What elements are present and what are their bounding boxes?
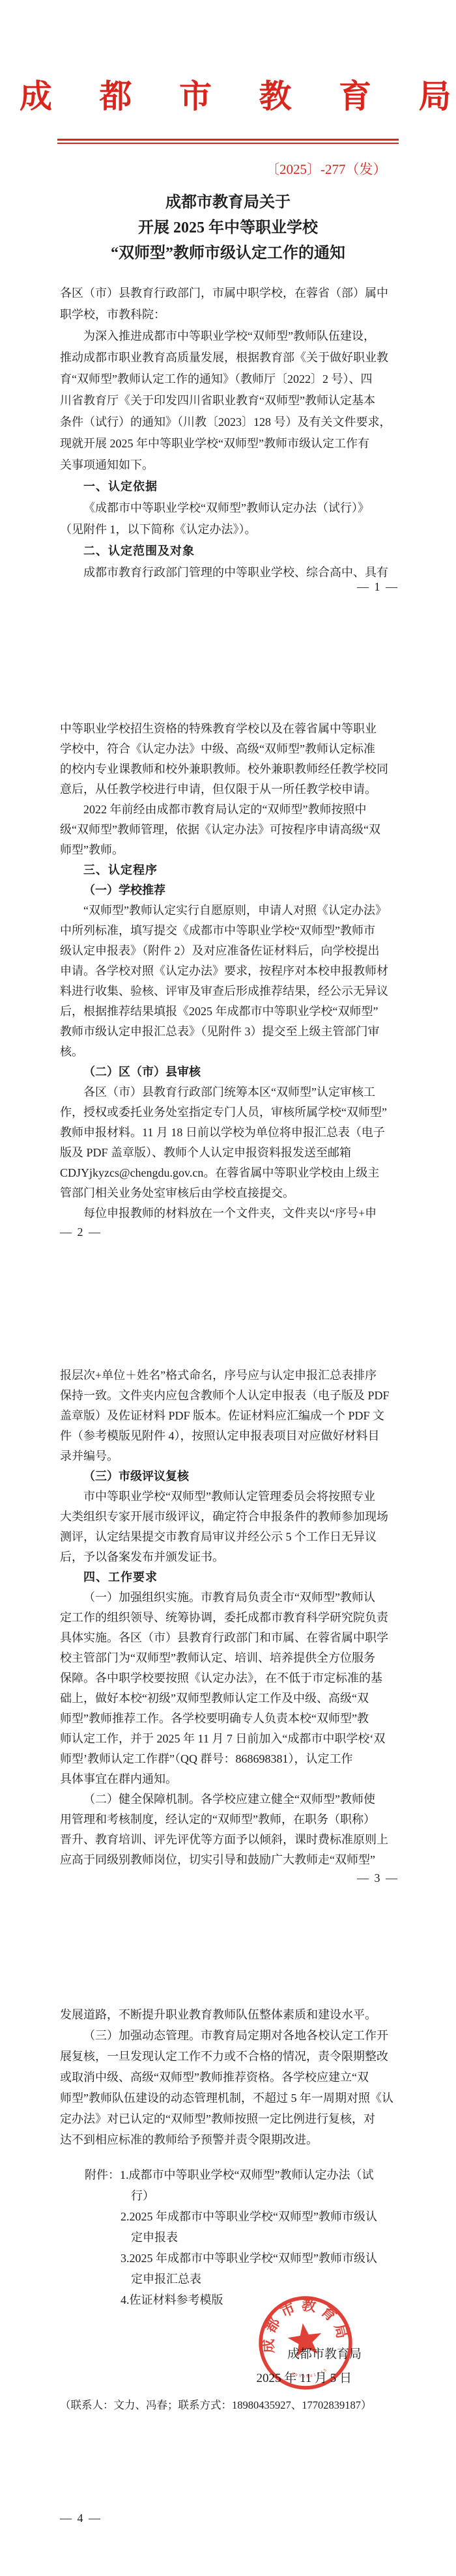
text-line: 2022 年前经由成都市教育局认定的“双师型”教师按照中 bbox=[60, 800, 399, 820]
text-line: 定申报表 bbox=[60, 2227, 399, 2248]
title-line-2: 开展 2025 年中等职业学校 bbox=[0, 216, 456, 241]
seal-star bbox=[286, 2321, 324, 2357]
text-line: 或取消中级、高级“双师型”教师推荐资格。各学校应建立“双 bbox=[60, 2067, 399, 2088]
section-heading: 四、工作要求 bbox=[60, 1567, 399, 1588]
text-line: （二）健全保障机制。各学校应建立健全“双师型”教师使 bbox=[60, 1789, 399, 1810]
text-line: 管部门相关业务处室审核后由学校直接提交。 bbox=[60, 1183, 399, 1203]
text-line: 料进行收集、验核、评审及审查后形成推荐结果，经公示无异议 bbox=[60, 981, 399, 1001]
text-line: 关事项通知如下。 bbox=[60, 455, 399, 476]
text-line: 后，根据推荐结果填报《2025 年成都市中等职业学校“双师型” bbox=[60, 1001, 399, 1022]
text-line: 具体实施。各区（市）县教育行政部门和市属、在蓉省属中职学 bbox=[60, 1628, 399, 1648]
text-line: 行） bbox=[60, 2185, 399, 2206]
text-line: 用管理和考核制度，经认定的“双师型”教师，在职务（职称） bbox=[60, 1810, 399, 1830]
text-line: 大类组织专家开展市级评议，确定符合申报条件的教师参加现场 bbox=[60, 1507, 399, 1527]
text-line: 定办法》对已认定的“双师型”教师按照一定比例进行复核，对 bbox=[60, 2108, 399, 2129]
official-seal-icon: 成都市教育局 0955941845 bbox=[249, 2287, 362, 2399]
seal-code: 0955941845 bbox=[291, 2366, 330, 2381]
title-line-3: “双师型”教师市级认定工作的通知 bbox=[0, 241, 456, 266]
text-line: 展复核，一旦发现认定工作不力或不合格的情况，责令限期整改 bbox=[60, 2046, 399, 2067]
text-line: 各区（市）县教育行政部门统筹本区“双师型”认定审核工 bbox=[60, 1082, 399, 1102]
text-line: 《成都市中等职业学校“双师型”教师认定办法（试行）》 bbox=[60, 497, 399, 519]
text-line: 定申报汇总表 bbox=[60, 2269, 399, 2289]
text-line: 师型”教师推荐工作。各学校要明确专人负责本校“双师型”教 bbox=[60, 1709, 399, 1729]
text-line: 报层次+单位＋姓名”格式命名，序号应与认定申报汇总表排序 bbox=[60, 1365, 399, 1386]
text-line: 川省教育厅《关于印发四川省职业教育“双师型”教师认定基本 bbox=[60, 390, 399, 412]
text-line: （三）加强动态管理。市教育局定期对各地各校认定工作开 bbox=[60, 2025, 399, 2046]
text-line: 学校中，符合《认定办法》中级、高级“双师型”教师认定标准 bbox=[60, 739, 399, 759]
sub-heading: （二）区（市）县审核 bbox=[60, 1062, 399, 1082]
text-line: 2.2025 年成都市中等职业学校“双师型”教师市级认 bbox=[60, 2206, 399, 2227]
page-1-body: 各区（市）县教育行政部门，市属中职学校，在蓉省（部）属中职学校，市教科院：为深入… bbox=[60, 283, 399, 583]
text-line: 推动成都市职业教育高质量发展，根据教育部《关于做好职业教 bbox=[60, 347, 399, 369]
doc-number: 〔2025〕-277（发） bbox=[266, 159, 387, 178]
text-line: 达不到相应标准的教师给予预警并责令限期改进。 bbox=[60, 2129, 399, 2150]
text-line: 师型’教师认定工作群”（QQ 群号：868698381），认定工作 bbox=[60, 1749, 399, 1769]
section-heading: 二、认定范围及对象 bbox=[60, 540, 399, 562]
text-line: 础上，做好本校“初级”双师型教师认定工作及中级、高级“双 bbox=[60, 1688, 399, 1709]
page-number-4: — 4 — bbox=[60, 2512, 399, 2525]
text-line: 中所列标准，填写提交《成都市中等职业学校“双师型”教师市 bbox=[60, 921, 399, 941]
text-line: 具体事宜在群内通知。 bbox=[60, 1769, 399, 1789]
text-line: 版及 PDF 盖章版）、教师个人认定申报资料报发送至邮箱 bbox=[60, 1143, 399, 1163]
text-line: 晋升、教育培训、评先评优等方面予以倾斜，课时费标准原则上 bbox=[60, 1830, 399, 1850]
text-line: 件（参考模版见附件 4），按照认定申报表项目对应做好材料目 bbox=[60, 1426, 399, 1446]
text-line: 职学校，市教科院： bbox=[60, 304, 399, 326]
text-line: 教师市级认定申报汇总表》（见附件 3）提交至上级主管部门审 bbox=[60, 1022, 399, 1042]
sub-heading: （一）学校推荐 bbox=[60, 880, 399, 901]
document-canvas: 成 都 市 教 育 局 〔2025〕-277（发） 成都市教育局关于 开展 20… bbox=[0, 0, 456, 2576]
page-number-2: — 2 — bbox=[60, 1225, 399, 1239]
text-line: （见附件 1，以下简称《认定办法》）。 bbox=[60, 519, 399, 540]
text-line: 级“双师型”教师管理，依据《认定办法》可按程序申请高级“双 bbox=[60, 820, 399, 840]
section-heading: 一、认定依据 bbox=[60, 476, 399, 497]
text-line: 保障。各中职学校要按照《认定办法》，在不低于市定标准的基 bbox=[60, 1668, 399, 1688]
text-line: 各区（市）县教育行政部门，市属中职学校，在蓉省（部）属中 bbox=[60, 283, 399, 304]
text-line: 的校内专业课教师和校外兼职教师。校外兼职教师经任教学校同 bbox=[60, 759, 399, 779]
text-line: 附件：1.成都市中等职业学校“双师型”教师认定办法（试 bbox=[60, 2164, 399, 2185]
text-line: 市中等职业学校“双师型”教师认定管理委员会将按照专业 bbox=[60, 1487, 399, 1507]
text-line: 录并编号。 bbox=[60, 1446, 399, 1466]
page-2-body: 中等职业学校招生资格的特殊教育学校以及在蓉省属中等职业学校中，符合《认定办法》中… bbox=[60, 719, 399, 1224]
text-line: 每位申报教师的材料放在一个文件夹，文件夹以“序号+申 bbox=[60, 1203, 399, 1224]
text-line: 3.2025 年成都市中等职业学校“双师型”教师市级认 bbox=[60, 2248, 399, 2269]
text-line: 师型”教师。 bbox=[60, 840, 399, 860]
page-number-1: — 1 — bbox=[60, 580, 399, 594]
text-line: 师认定工作，并于 2025 年 11 月 7 日前加入“成都市中职学校‘双 bbox=[60, 1729, 399, 1749]
text-line: “双师型”教师认定实行自愿原则，申请人对照《认定办法》 bbox=[60, 901, 399, 921]
text-line: 教师申报材料。11 月 18 日前以学校为单位将申报汇总表（电子 bbox=[60, 1123, 399, 1143]
text-line: 核。 bbox=[60, 1042, 399, 1062]
title-line-1: 成都市教育局关于 bbox=[0, 190, 456, 216]
header-rule bbox=[57, 139, 399, 144]
text-line: 盖章版）及佐证材料 PDF 版本。佐证材料应汇编成一个 PDF 文 bbox=[60, 1406, 399, 1426]
text-line: （一）加强组织实施。市教育局负责全市“双师型”教师认 bbox=[60, 1588, 399, 1608]
section-heading: 三、认定程序 bbox=[60, 860, 399, 880]
agency-header: 成 都 市 教 育 局 bbox=[0, 70, 456, 117]
text-line: 测评，认定结果提交市教育局审议并经公示 5 个工作日无异议 bbox=[60, 1527, 399, 1547]
doc-title: 成都市教育局关于 开展 2025 年中等职业学校 “双师型”教师市级认定工作的通… bbox=[0, 190, 456, 266]
text-line: 为深入推进成都市中等职业学校“双师型”教师队伍建设， bbox=[60, 326, 399, 347]
text-line: 应高于同级别教师岗位，切实引导和鼓励广大教师走“双师型” bbox=[60, 1850, 399, 1870]
page-3-body: 报层次+单位＋姓名”格式命名，序号应与认定申报汇总表排序保持一致。文件夹内应包含… bbox=[60, 1365, 399, 1870]
text-line: 育“双师型”教师认定工作的通知》（教师厅〔2022〕2 号）、四 bbox=[60, 369, 399, 390]
text-line: 申请。各学校对照《认定办法》要求，按程序对本校申报教师材 bbox=[60, 961, 399, 981]
text-line: 校主管部门为“双师型”教师认定、培训、培养提供全方位服务 bbox=[60, 1648, 399, 1668]
page-number-3: — 3 — bbox=[60, 1871, 399, 1885]
text-line: 保持一致。文件夹内应包含教师个人认定申报表（电子版及 PDF bbox=[60, 1386, 399, 1406]
text-line: 意后，从任教学校进行申请，但仅限于从一所任教学校申请。 bbox=[60, 779, 399, 800]
text-line: CDJYjkyzcs@chengdu.gov.cn。在蓉省属中等职业学校由上级主 bbox=[60, 1163, 399, 1183]
text-line: 现就开展 2025 年中等职业学校“双师型”教师市级认定工作有 bbox=[60, 433, 399, 455]
sub-heading: （三）市级评议复核 bbox=[60, 1466, 399, 1487]
page-4-body: 发展道路，不断提升职业教育教师队伍整体素质和建设水平。（三）加强动态管理。市教育… bbox=[60, 2004, 399, 2310]
text-line: 级认定申报表》（附件 2）及对应准备佐证材料后，向学校提出 bbox=[60, 941, 399, 961]
text-line: 中等职业学校招生资格的特殊教育学校以及在蓉省属中等职业 bbox=[60, 719, 399, 739]
text-line: 后，予以备案发布并颁发证书。 bbox=[60, 1547, 399, 1567]
text-line: 定工作的组织领导、统筹协调，委托成都市教育科学研究院负责 bbox=[60, 1608, 399, 1628]
spacer bbox=[60, 2150, 399, 2164]
text-line: 作，授权或委托业务处室指定专门人员，审核所属学校“双师型” bbox=[60, 1102, 399, 1123]
text-line: 师型”教师队伍建设的动态管理机制，不超过 5 年一周期对照《认 bbox=[60, 2088, 399, 2108]
text-line: 条件（试行）的通知》（川教〔2023〕128 号）及有关文件要求， bbox=[60, 412, 399, 433]
contact-line: （联系人：文力、冯春；联系方式：18980435927、17702839187） bbox=[60, 2396, 399, 2412]
text-line: 发展道路，不断提升职业教育教师队伍整体素质和建设水平。 bbox=[60, 2004, 399, 2025]
